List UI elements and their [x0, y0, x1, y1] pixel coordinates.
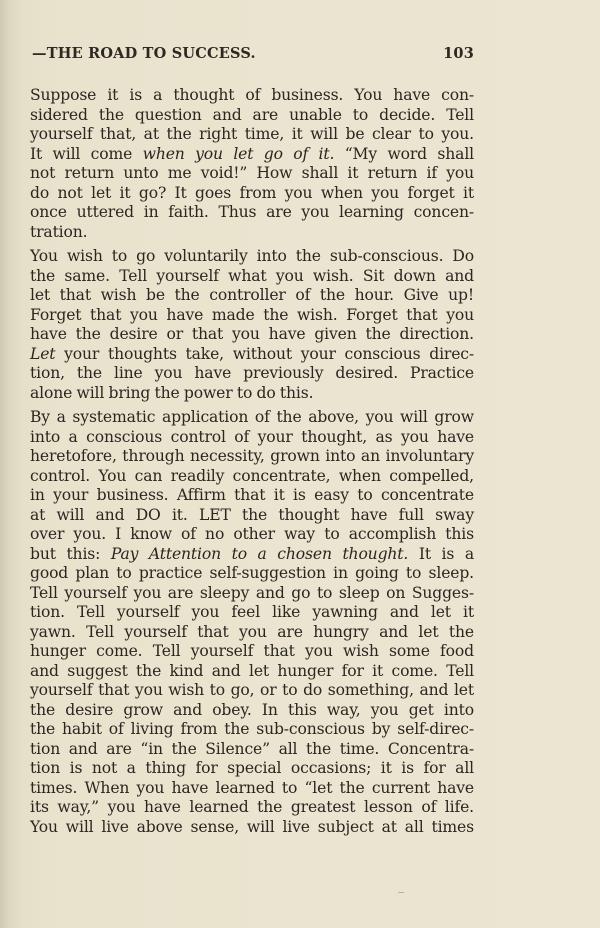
text-line: Let your thoughts take, without your con… — [30, 345, 474, 365]
paragraph: By a systematic application of the above… — [30, 408, 474, 837]
body-text: Suppose it is a thought of business. You… — [30, 86, 474, 842]
text-line: good plan to practice self-suggestion in… — [30, 564, 474, 584]
scan-mark — [398, 892, 404, 893]
text-line: It will come when you let go of it. “My … — [30, 145, 474, 165]
text-line: tion, the line you have previously desir… — [30, 364, 474, 384]
text-line: times. When you have learned to “let the… — [30, 779, 474, 799]
text-line: yourself that, at the right time, it wil… — [30, 125, 474, 145]
text-line: let that wish be the controller of the h… — [30, 286, 474, 306]
italic-emphasis: Pay Attention to a chosen thought. — [111, 545, 408, 563]
text-line: alone will bring the power to do this. — [30, 384, 474, 404]
paragraph: Suppose it is a thought of business. You… — [30, 86, 474, 242]
paragraph: You wish to go voluntarily into the sub-… — [30, 247, 474, 403]
text-line: tion is not a thing for special occasion… — [30, 759, 474, 779]
text-line: over you. I know of no other way to acco… — [30, 525, 474, 545]
page-number: 103 — [443, 45, 474, 62]
italic-emphasis: when you let go of it. — [143, 145, 335, 163]
text-line: in your business. Affirm that it is easy… — [30, 486, 474, 506]
text-line: the same. Tell yourself what you wish. S… — [30, 267, 474, 287]
text-line: but this: Pay Attention to a chosen thou… — [30, 545, 474, 565]
text-line: By a systematic application of the above… — [30, 408, 474, 428]
text-line: the habit of living from the sub-conscio… — [30, 720, 474, 740]
text-line: once uttered in faith. Thus are you lear… — [30, 203, 474, 223]
text-line: at will and DO it. LET the thought have … — [30, 506, 474, 526]
text-line: into a conscious control of your thought… — [30, 428, 474, 448]
text-line: hunger come. Tell yourself that you wish… — [30, 642, 474, 662]
italic-emphasis: Let — [30, 345, 55, 363]
text-line: heretofore, through necessity, grown int… — [30, 447, 474, 467]
text-line: control. You can readily concentrate, wh… — [30, 467, 474, 487]
text-line: have the desire or that you have given t… — [30, 325, 474, 345]
text-line: yourself that you wish to go, or to do s… — [30, 681, 474, 701]
text-line: Tell yourself you are sleepy and go to s… — [30, 584, 474, 604]
text-line: yawn. Tell yourself that you are hungry … — [30, 623, 474, 643]
text-line: tion and are “in the Silence” all the ti… — [30, 740, 474, 760]
text-line: You will live above sense, will live sub… — [30, 818, 474, 838]
text-line: the desire grow and obey. In this way, y… — [30, 701, 474, 721]
text-line: tration. — [30, 223, 474, 243]
text-line: Forget that you have made the wish. Forg… — [30, 306, 474, 326]
text-line: You wish to go voluntarily into the sub-… — [30, 247, 474, 267]
text-line: its way,” you have learned the greatest … — [30, 798, 474, 818]
text-line: not return unto me void!” How shall it r… — [30, 164, 474, 184]
running-title: —THE ROAD TO SUCCESS. — [32, 45, 256, 62]
text-line: do not let it go? It goes from you when … — [30, 184, 474, 204]
text-line: and suggest the kind and let hunger for … — [30, 662, 474, 682]
running-header: —THE ROAD TO SUCCESS. 103 — [30, 45, 474, 65]
text-line: sidered the question and are unable to d… — [30, 106, 474, 126]
text-line: tion. Tell yourself you feel like yawnin… — [30, 603, 474, 623]
text-line: Suppose it is a thought of business. You… — [30, 86, 474, 106]
